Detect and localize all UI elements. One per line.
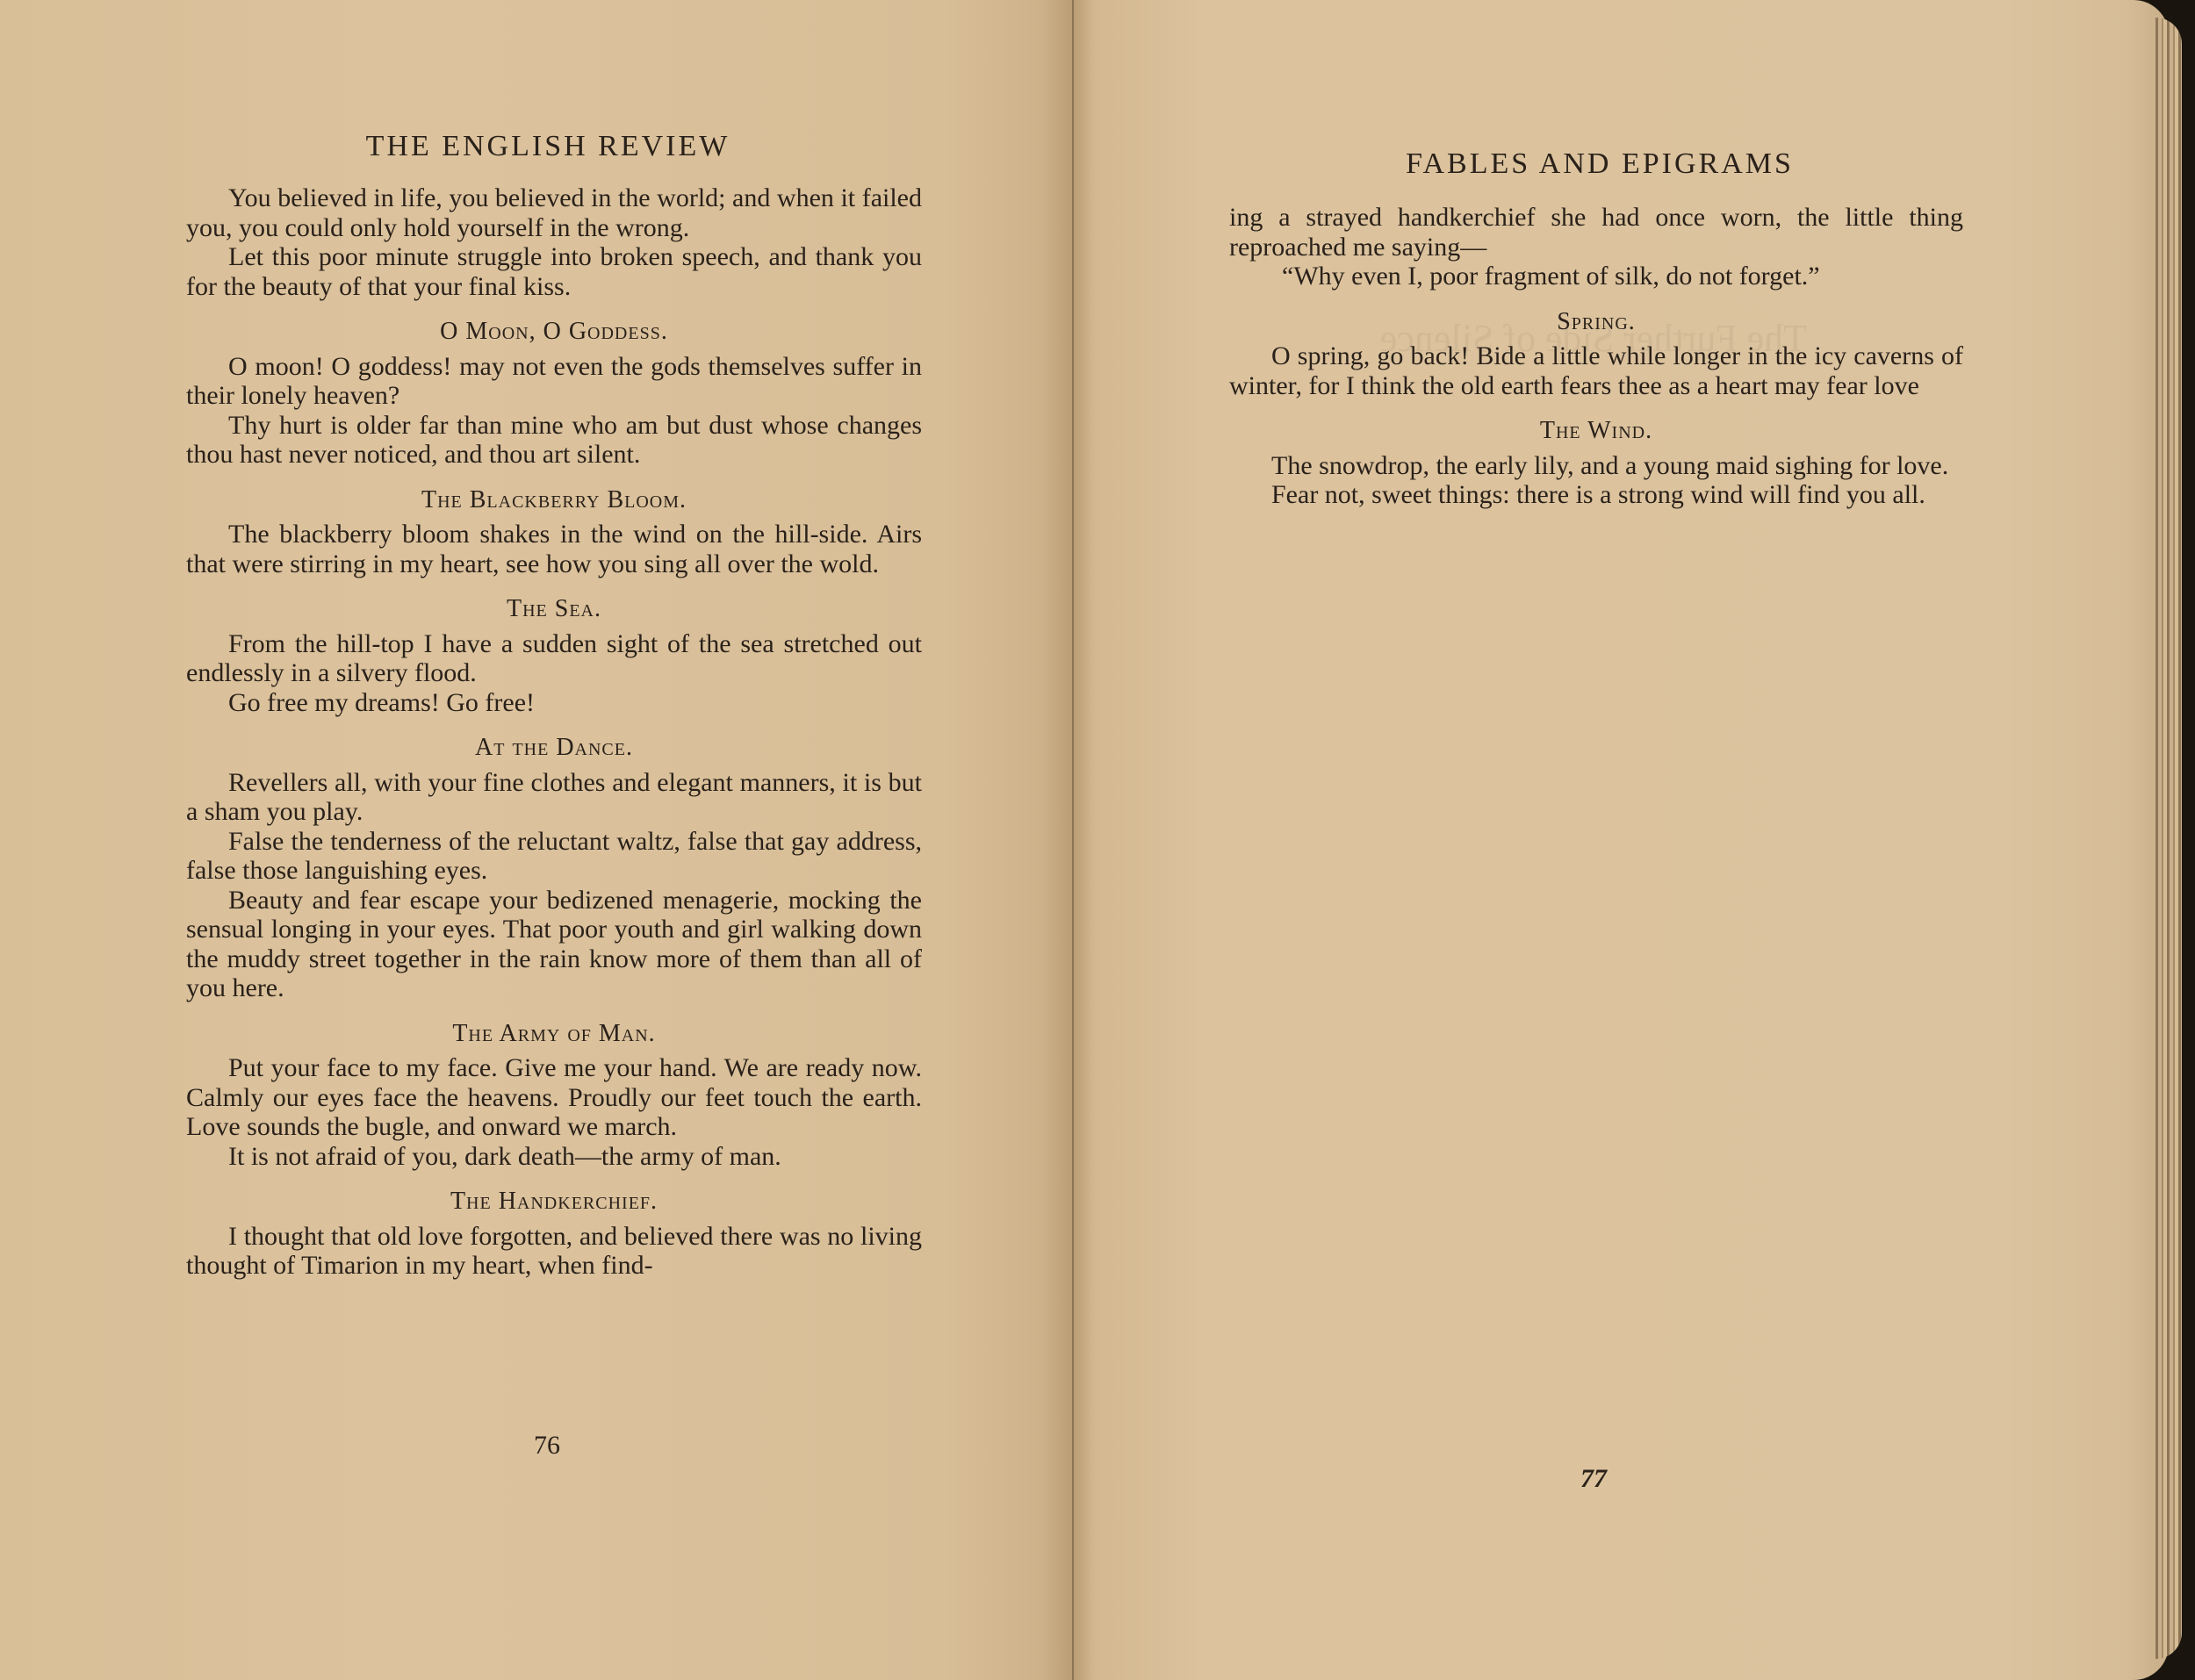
quotation: “Why even I, poor fragment of silk, do n… xyxy=(1229,262,1963,291)
running-head-left: THE ENGLISH REVIEW xyxy=(342,130,753,163)
paragraph: Thy hurt is older far than mine who am b… xyxy=(186,411,922,470)
section-heading-army-of-man: The Army of Man. xyxy=(186,1019,922,1049)
book-gutter xyxy=(1072,0,1074,1680)
paragraph: Go free my dreams! Go free! xyxy=(186,688,922,718)
running-head-right: FABLES AND EPIGRAMS xyxy=(1371,147,1828,181)
paragraph: It is not afraid of you, dark death—the … xyxy=(186,1142,922,1172)
page-number-right: 77 xyxy=(1580,1464,1607,1494)
section-heading-handkerchief: The Handkerchief. xyxy=(186,1187,922,1217)
paragraph: Let this poor minute struggle into broke… xyxy=(186,242,922,301)
left-page: THE ENGLISH REVIEW You believed in life,… xyxy=(0,0,1073,1680)
paragraph: False the tenderness of the reluctant wa… xyxy=(186,827,922,886)
section-heading-spring: Spring. xyxy=(1229,307,1963,337)
paragraph: You believed in life, you believed in th… xyxy=(186,183,922,242)
paragraph: O moon! O goddess! may not even the gods… xyxy=(186,352,922,411)
paragraph: Beauty and fear escape your bedizened me… xyxy=(186,886,922,1003)
page-number-left: 76 xyxy=(534,1431,560,1461)
section-heading-the-sea: The Sea. xyxy=(186,594,922,624)
paragraph: O spring, go back! Bide a little while l… xyxy=(1229,341,1963,400)
paragraph: From the hill-top I have a sudden sight … xyxy=(186,629,922,688)
paragraph: The snowdrop, the early lily, and a youn… xyxy=(1229,451,1963,481)
paragraph: Fear not, sweet things: there is a stron… xyxy=(1229,480,1963,510)
left-page-text: You believed in life, you believed in th… xyxy=(186,183,922,1281)
paragraph: Put your face to my face. Give me your h… xyxy=(186,1053,922,1142)
right-page-text: ing a strayed handkerchief she had once … xyxy=(1229,203,1963,510)
section-heading-blackberry-bloom: The Blackberry Bloom. xyxy=(186,485,922,515)
section-heading-the-wind: The Wind. xyxy=(1229,416,1963,446)
paragraph: The blackberry bloom shakes in the wind … xyxy=(186,520,922,578)
section-heading-at-the-dance: At the Dance. xyxy=(186,733,922,763)
paragraph: I thought that old love forgotten, and b… xyxy=(186,1222,922,1281)
section-heading-o-moon: O Moon, O Goddess. xyxy=(186,317,922,347)
page-stack-edge xyxy=(2155,18,2182,1659)
paragraph-continued: ing a strayed handkerchief she had once … xyxy=(1229,203,1963,262)
paragraph: Revellers all, with your fine clothes an… xyxy=(186,768,922,827)
